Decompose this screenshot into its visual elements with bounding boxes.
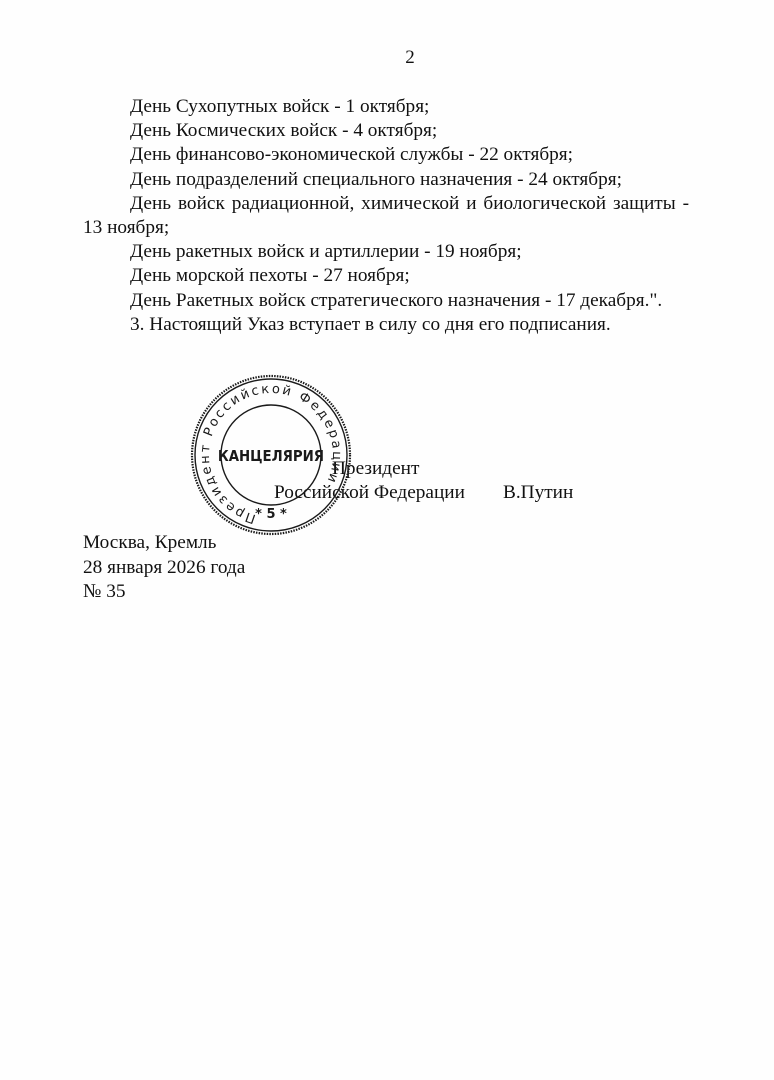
decree-number: № 35 [83,580,245,605]
paragraph-strategic-missile-forces-day: День Ракетных войск стратегического назн… [83,289,689,313]
paragraph-ground-forces-day: День Сухопутных войск - 1 октября; [83,95,689,119]
decree-body: День Сухопутных войск - 1 октября; День … [83,95,689,337]
paragraph-effective-date: 3. Настоящий Указ вступает в силу со дня… [83,313,689,337]
stamp-seal-icon: Президент Российской Федерации КАНЦЕЛЯРИ… [189,373,353,537]
paragraph-rchb-protection-day: День войск радиационной, химической и би… [83,192,689,240]
paragraph-marines-day: День морской пехоты - 27 ноября; [83,264,689,288]
signature-name: В.Путин [503,482,573,504]
paragraph-missile-artillery-day: День ракетных войск и артиллерии - 19 но… [83,240,689,264]
decree-date: 28 января 2026 года [83,556,245,581]
page-number: 2 [0,47,774,69]
paragraph-space-forces-day: День Космических войск - 4 октября; [83,119,689,143]
document-page: 2 День Сухопутных войск - 1 октября; Ден… [0,0,774,1080]
place-date-block: Москва, Кремль 28 января 2026 года № 35 [83,531,245,605]
stamp-bottom-text: * 5 * [255,507,287,522]
official-stamp-seal: Президент Российской Федерации КАНЦЕЛЯРИ… [189,373,353,537]
paragraph-financial-service-day: День финансово-экономической службы - 22… [83,143,689,167]
place-city: Москва, Кремль [83,531,245,556]
stamp-center-text: КАНЦЕЛЯРИЯ [218,448,324,465]
paragraph-special-forces-day: День подразделений специального назначен… [83,168,689,192]
